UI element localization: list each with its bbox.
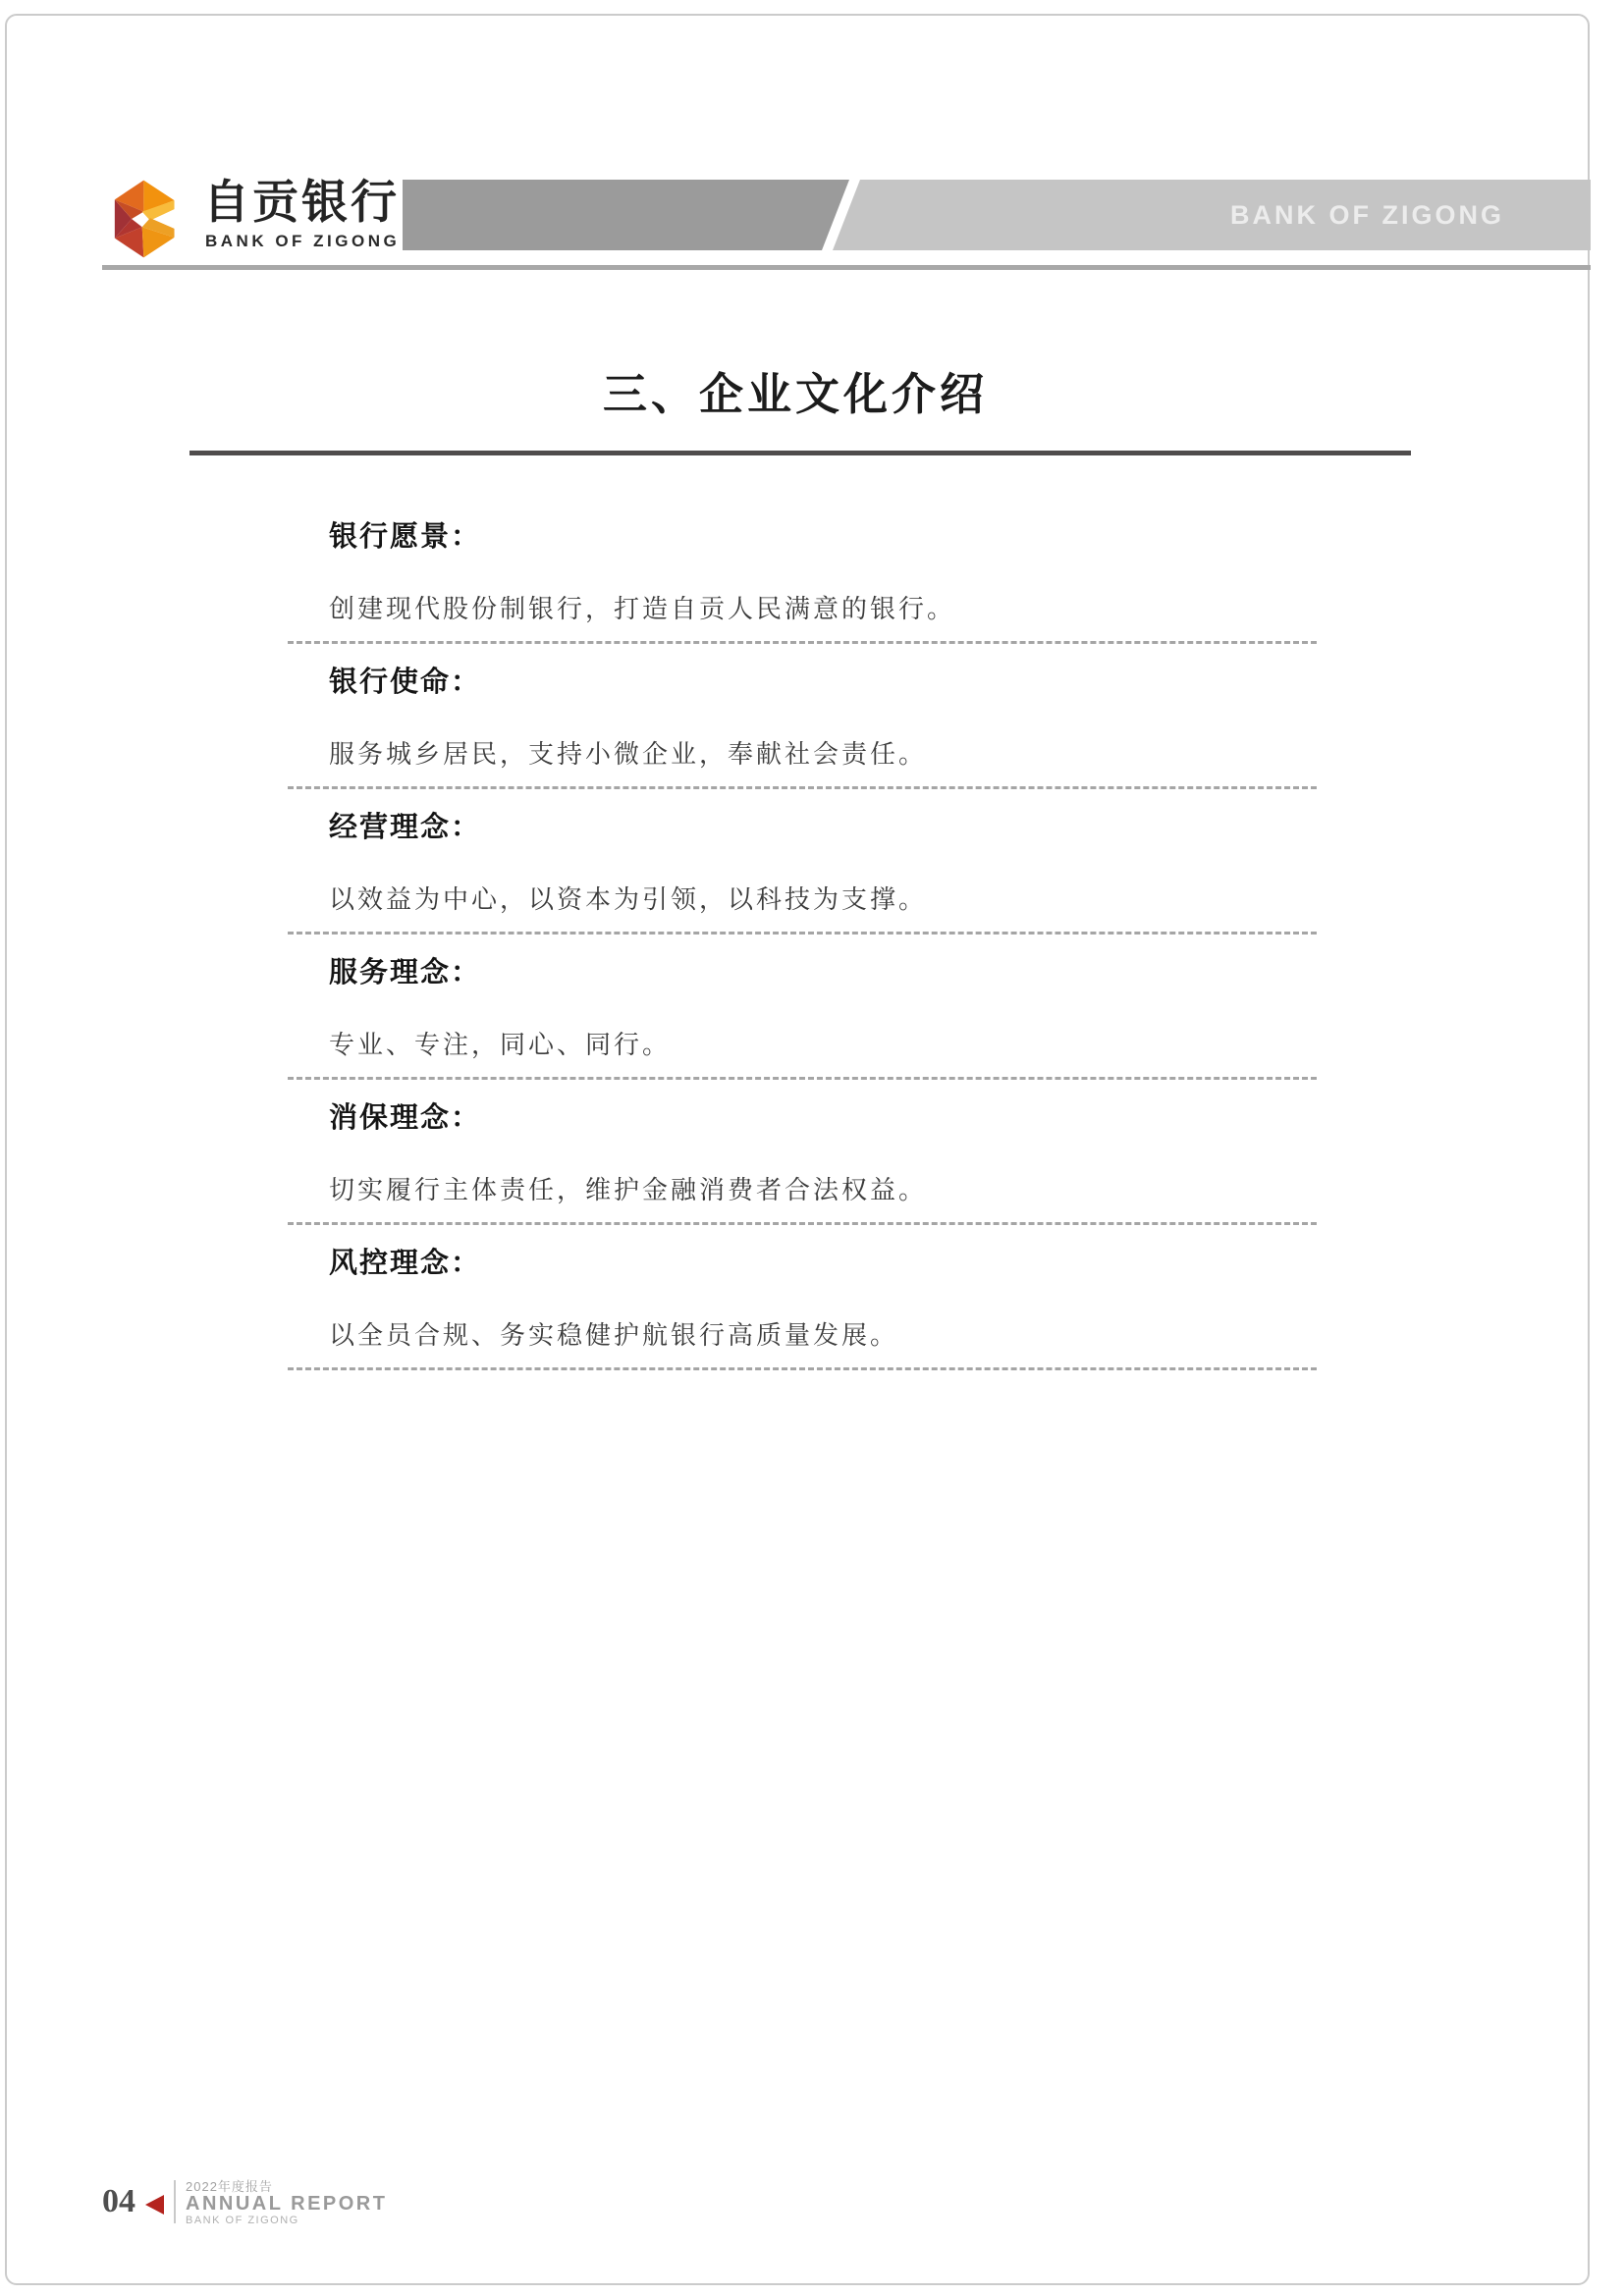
footer-report-label: 2022年度报告 ANNUAL REPORT BANK OF ZIGONG — [186, 2179, 387, 2227]
culture-sections: 银行愿景： 创建现代股份制银行，打造自贡人民满意的银行。 银行使命： 服务城乡居… — [288, 518, 1317, 1390]
footer-report-title-en: ANNUAL REPORT — [186, 2194, 387, 2215]
page-number: 04 — [102, 2183, 135, 2220]
section-body: 切实履行主体责任，维护金融消费者合法权益。 — [288, 1173, 1317, 1207]
section-body: 服务城乡居民，支持小微企业，奉献社会责任。 — [288, 737, 1317, 772]
culture-section-mission: 银行使命： 服务城乡居民，支持小微企业，奉献社会责任。 — [288, 664, 1317, 789]
footer-divider-line — [174, 2180, 176, 2223]
banner-bank-name: BANK OF ZIGONG — [1230, 180, 1504, 250]
dashed-separator — [288, 932, 1317, 934]
section-body: 专业、专注，同心、同行。 — [288, 1028, 1317, 1062]
bank-logo: 自贡银行 BANK OF ZIGONG — [101, 177, 396, 265]
header-divider-line — [102, 265, 1591, 270]
footer-bank-name-en: BANK OF ZIGONG — [186, 2215, 387, 2227]
red-left-triangle-icon — [145, 2195, 164, 2215]
section-heading: 消保理念： — [288, 1099, 1317, 1137]
banner-dark-bar — [403, 180, 849, 250]
section-body: 创建现代股份制银行，打造自贡人民满意的银行。 — [288, 592, 1317, 626]
culture-section-consumer-protection: 消保理念： 切实履行主体责任，维护金融消费者合法权益。 — [288, 1099, 1317, 1225]
bank-name-cn: 自贡银行 — [203, 177, 400, 228]
section-heading: 银行使命： — [288, 664, 1317, 701]
culture-section-business: 经营理念： 以效益为中心，以资本为引领，以科技为支撑。 — [288, 809, 1317, 934]
section-heading: 服务理念： — [288, 954, 1317, 991]
dashed-separator — [288, 1077, 1317, 1080]
page-title: 三、企业文化介绍 — [0, 369, 1591, 420]
section-heading: 风控理念： — [288, 1245, 1317, 1282]
title-underline — [189, 451, 1411, 455]
section-body: 以全员合规、务实稳健护航银行高质量发展。 — [288, 1318, 1317, 1353]
culture-section-risk-control: 风控理念： 以全员合规、务实稳健护航银行高质量发展。 — [288, 1245, 1317, 1370]
section-heading: 银行愿景： — [288, 518, 1317, 556]
bank-logo-icon — [101, 179, 189, 259]
culture-section-service: 服务理念： 专业、专注，同心、同行。 — [288, 954, 1317, 1080]
footer-report-year-cn: 2022年度报告 — [186, 2179, 387, 2194]
banner-light-bar: BANK OF ZIGONG — [833, 180, 1591, 250]
section-body: 以效益为中心，以资本为引领，以科技为支撑。 — [288, 882, 1317, 917]
section-heading: 经营理念： — [288, 809, 1317, 846]
header-banner: BANK OF ZIGONG — [403, 180, 1591, 250]
dashed-separator — [288, 1367, 1317, 1370]
dashed-separator — [288, 641, 1317, 644]
dashed-separator — [288, 1222, 1317, 1225]
bank-name-en: BANK OF ZIGONG — [205, 232, 400, 251]
culture-section-vision: 银行愿景： 创建现代股份制银行，打造自贡人民满意的银行。 — [288, 518, 1317, 644]
dashed-separator — [288, 786, 1317, 789]
